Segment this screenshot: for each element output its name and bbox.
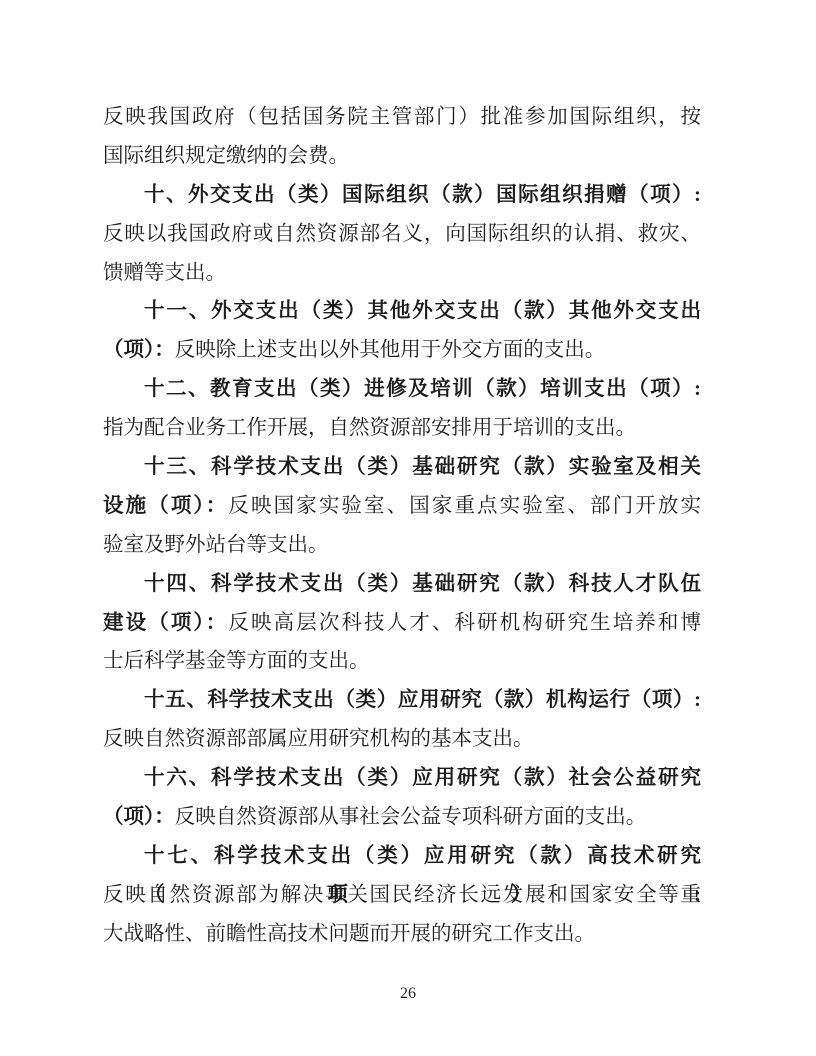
body-text: 验室及野外站台等支出。 <box>103 534 329 556</box>
heading-text: （项）： <box>103 806 175 828</box>
text-line: 十六、科学技术支出（类）应用研究（款）社会公益研究 <box>103 759 701 798</box>
text-line: 十三、科学技术支出（类）基础研究（款）实验室及相关 <box>103 448 701 487</box>
heading-text: 十一、外交支出（类）其他外交支出（款）其他外交支出 <box>144 300 701 322</box>
body-text: 大战略性、前瞻性高技术问题而开展的研究工作支出。 <box>103 923 595 945</box>
text-line: 反映我国政府（包括国务院主管部门）批准参加国际组织，按 <box>103 98 701 137</box>
heading-text: 十五、科学技术支出（类）应用研究（款）机构运行（项）: <box>144 689 701 711</box>
text-line: 十二、教育支出（类）进修及培训（款）培训支出（项）: <box>103 370 701 409</box>
document-body: 反映我国政府（包括国务院主管部门）批准参加国际组织，按国际组织规定缴纳的会费。十… <box>103 98 701 954</box>
text-line: 设施（项）：反映国家实验室、国家重点实验室、部门开放实 <box>103 487 701 526</box>
text-line: 国际组织规定缴纳的会费。 <box>103 137 701 176</box>
text-line: 十、外交支出（类）国际组织（款）国际组织捐赠（项）: <box>103 176 701 215</box>
heading-text: 十四、科学技术支出（类）基础研究（款）科技人才队伍 <box>144 573 701 595</box>
heading-text: 设施（项）： <box>103 495 228 517</box>
text-line: 馈赠等支出。 <box>103 254 701 293</box>
body-text: 指为配合业务工作开展，自然资源部安排用于培训的支出。 <box>103 417 636 439</box>
text-line: （项）：反映自然资源部从事社会公益专项科研方面的支出。 <box>103 798 701 837</box>
text-line: 验室及野外站台等支出。 <box>103 526 701 565</box>
body-text: 反映国家实验室、国家重点实验室、部门开放实 <box>228 495 701 517</box>
text-line: 士后科学基金等方面的支出。 <box>103 642 701 681</box>
text-line: 建设（项）：反映高层次科技人才、科研机构研究生培养和博 <box>103 604 701 643</box>
text-line: （项）：反映除上述支出以外其他用于外交方面的支出。 <box>103 331 701 370</box>
body-text: 士后科学基金等方面的支出。 <box>103 650 370 672</box>
body-text: 反映以我国政府或自然资源部名义，向国际组织的认捐、救灾、 <box>103 223 701 245</box>
body-text: 反映自然资源部部属应用研究机构的基本支出。 <box>103 728 534 750</box>
heading-text: 十六、科学技术支出（类）应用研究（款）社会公益研究 <box>144 767 701 789</box>
document-page: 反映我国政府（包括国务院主管部门）批准参加国际组织，按国际组织规定缴纳的会费。十… <box>0 0 816 1056</box>
text-line: 指为配合业务工作开展，自然资源部安排用于培训的支出。 <box>103 409 701 448</box>
page-footer: 26 <box>0 984 816 1004</box>
body-text: 反映自然资源部为解决事关国民经济长远发展和国家安全等重 <box>103 884 701 906</box>
heading-text: 十二、教育支出（类）进修及培训（款）培训支出（项）: <box>144 378 701 400</box>
text-line: 反映以我国政府或自然资源部名义，向国际组织的认捐、救灾、 <box>103 215 701 254</box>
heading-text: 建设（项）： <box>103 612 228 634</box>
body-text: 馈赠等支出。 <box>103 262 226 284</box>
heading-text: 十三、科学技术支出（类）基础研究（款）实验室及相关 <box>144 456 701 478</box>
body-text: 反映高层次科技人才、科研机构研究生培养和博 <box>228 612 701 634</box>
text-line: 十一、外交支出（类）其他外交支出（款）其他外交支出 <box>103 292 701 331</box>
heading-text: （项）： <box>103 339 175 361</box>
body-text: 反映除上述支出以外其他用于外交方面的支出。 <box>175 339 606 361</box>
body-text: 国际组织规定缴纳的会费。 <box>103 145 349 167</box>
text-line: 大战略性、前瞻性高技术问题而开展的研究工作支出。 <box>103 915 701 954</box>
body-text: 反映自然资源部从事社会公益专项科研方面的支出。 <box>175 806 647 828</box>
heading-text: 十、外交支出（类）国际组织（款）国际组织捐赠（项）: <box>144 184 701 206</box>
text-line: 十七、科学技术支出（类）应用研究（款）高技术研究（项）: <box>103 837 701 876</box>
text-line: 十五、科学技术支出（类）应用研究（款）机构运行（项）: <box>103 681 701 720</box>
body-text: 反映我国政府（包括国务院主管部门）批准参加国际组织，按 <box>103 106 701 128</box>
text-line: 十四、科学技术支出（类）基础研究（款）科技人才队伍 <box>103 565 701 604</box>
text-line: 反映自然资源部为解决事关国民经济长远发展和国家安全等重 <box>103 876 701 915</box>
page-number: 26 <box>400 985 416 1002</box>
text-line: 反映自然资源部部属应用研究机构的基本支出。 <box>103 720 701 759</box>
